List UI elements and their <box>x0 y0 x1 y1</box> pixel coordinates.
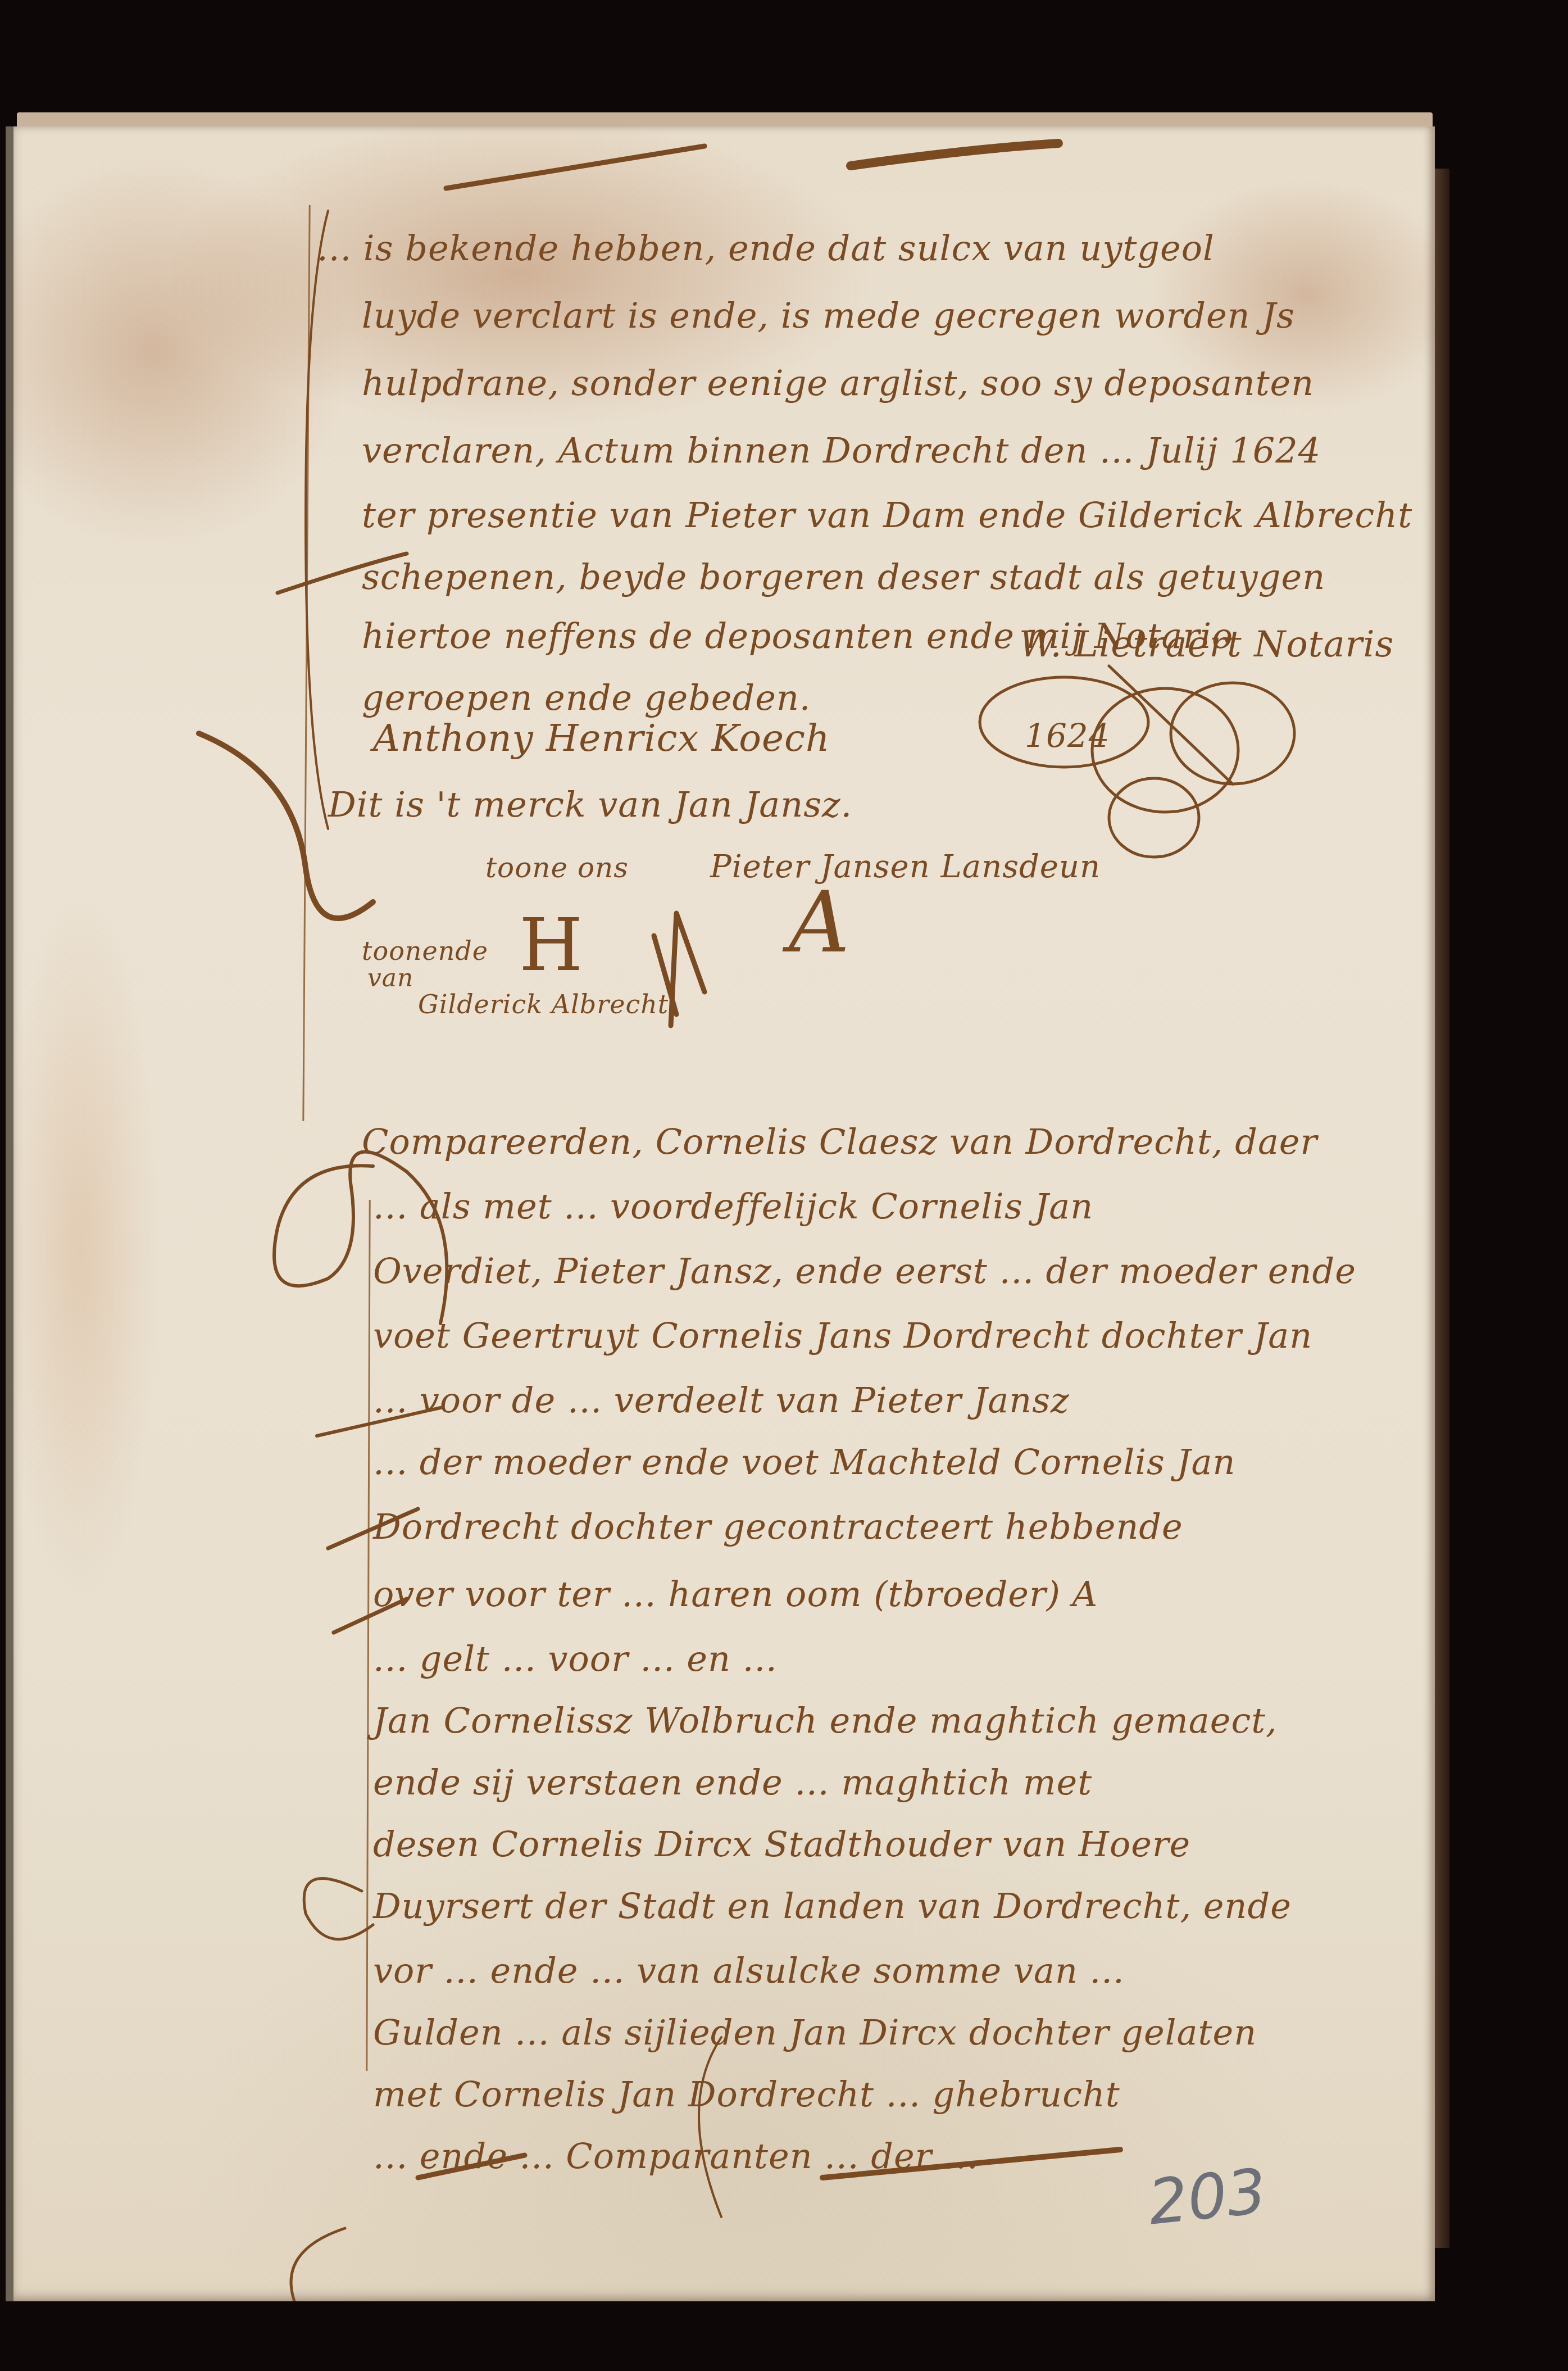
mark-a: A <box>789 874 850 972</box>
notary-signature: W. Lietraert Notaris <box>1019 624 1394 665</box>
section2-line-5: ... voor de ... verdeelt van Pieter Jans… <box>373 1380 1070 1421</box>
section2-line-6: ... der moeder ende voet Machteld Cornel… <box>373 1441 1235 1483</box>
section1-line-6: schepenen, beyde borgeren deser stadt al… <box>362 556 1325 597</box>
section2-line-17: ... ende ... Comparanten ... der ... <box>373 2136 979 2177</box>
section2-line-16: met Cornelis Jan Dordrecht ... ghebrucht <box>373 2074 1120 2115</box>
section1-line-4: verclaren, Actum binnen Dordrecht den ..… <box>362 430 1321 471</box>
section1-line-5: ter presentie van Pieter van Dam ende Gi… <box>362 495 1412 536</box>
manuscript-page: ... is bekende hebben, ende dat sulcx va… <box>6 126 1435 2301</box>
section2-line-14: vor ... ende ... van alsulcke somme van … <box>373 1950 1125 1991</box>
section2-line-10: Jan Cornelissz Wolbruch ende maghtich ge… <box>373 1700 1278 1741</box>
section2-line-11: ende sij verstaen ende ... maghtich met <box>373 1762 1092 1803</box>
folio-number: 203 <box>1145 2155 1270 2238</box>
mark-line: Dit is 't merck van Jan Jansz. <box>328 784 852 825</box>
section1-line-1: ... is bekende hebben, ende dat sulcx va… <box>317 228 1215 269</box>
section2-line-15: Gulden ... als sijlieden Jan Dircx docht… <box>373 2012 1257 2053</box>
witness2-prefix: van <box>367 964 413 992</box>
section2-line-8: over voor ter ... haren oom (tbroeder) A <box>373 1574 1098 1615</box>
margin-rule-lower <box>366 1200 370 2071</box>
section2-line-7: Dordrecht dochter gecontracteert hebbend… <box>373 1506 1183 1547</box>
section1-line-8: geroepen ende gebeden. <box>362 677 811 718</box>
section2-line-2: ... als met ... voordeffelijck Cornelis … <box>373 1186 1093 1227</box>
section2-line-3: Overdiet, Pieter Jansz, ende eerst ... d… <box>373 1250 1356 1291</box>
witness2-name: Gilderick Albrecht <box>418 989 669 1019</box>
section1-line-2: luyde verclart is ende, is mede gecregen… <box>362 295 1295 336</box>
deponent-signature: Anthony Henricx Koech <box>373 717 830 760</box>
mark-h: H <box>519 902 583 987</box>
section2-line-4: voet Geertruyt Cornelis Jans Dordrecht d… <box>373 1315 1312 1356</box>
witness1-prefix: toone ons <box>485 851 629 884</box>
witness2-label: toonende <box>362 936 488 966</box>
section2-line-1: Compareerden, Cornelis Claesz van Dordre… <box>362 1121 1317 1162</box>
section1-line-3: hulpdrane, sonder eenige arglist, soo sy… <box>362 362 1314 404</box>
section2-line-12: desen Cornelis Dircx Stadthouder van Hoe… <box>373 1824 1190 1865</box>
section2-line-13: Duyrsert der Stadt en landen van Dordrec… <box>373 1885 1292 1926</box>
section2-line-9: ... gelt ... voor ... en ... <box>373 1638 778 1679</box>
notary-date: 1624 <box>1025 717 1110 755</box>
witness1-name: Pieter Jansen Lansdeun <box>710 849 1101 885</box>
margin-rule-upper <box>302 205 310 1121</box>
